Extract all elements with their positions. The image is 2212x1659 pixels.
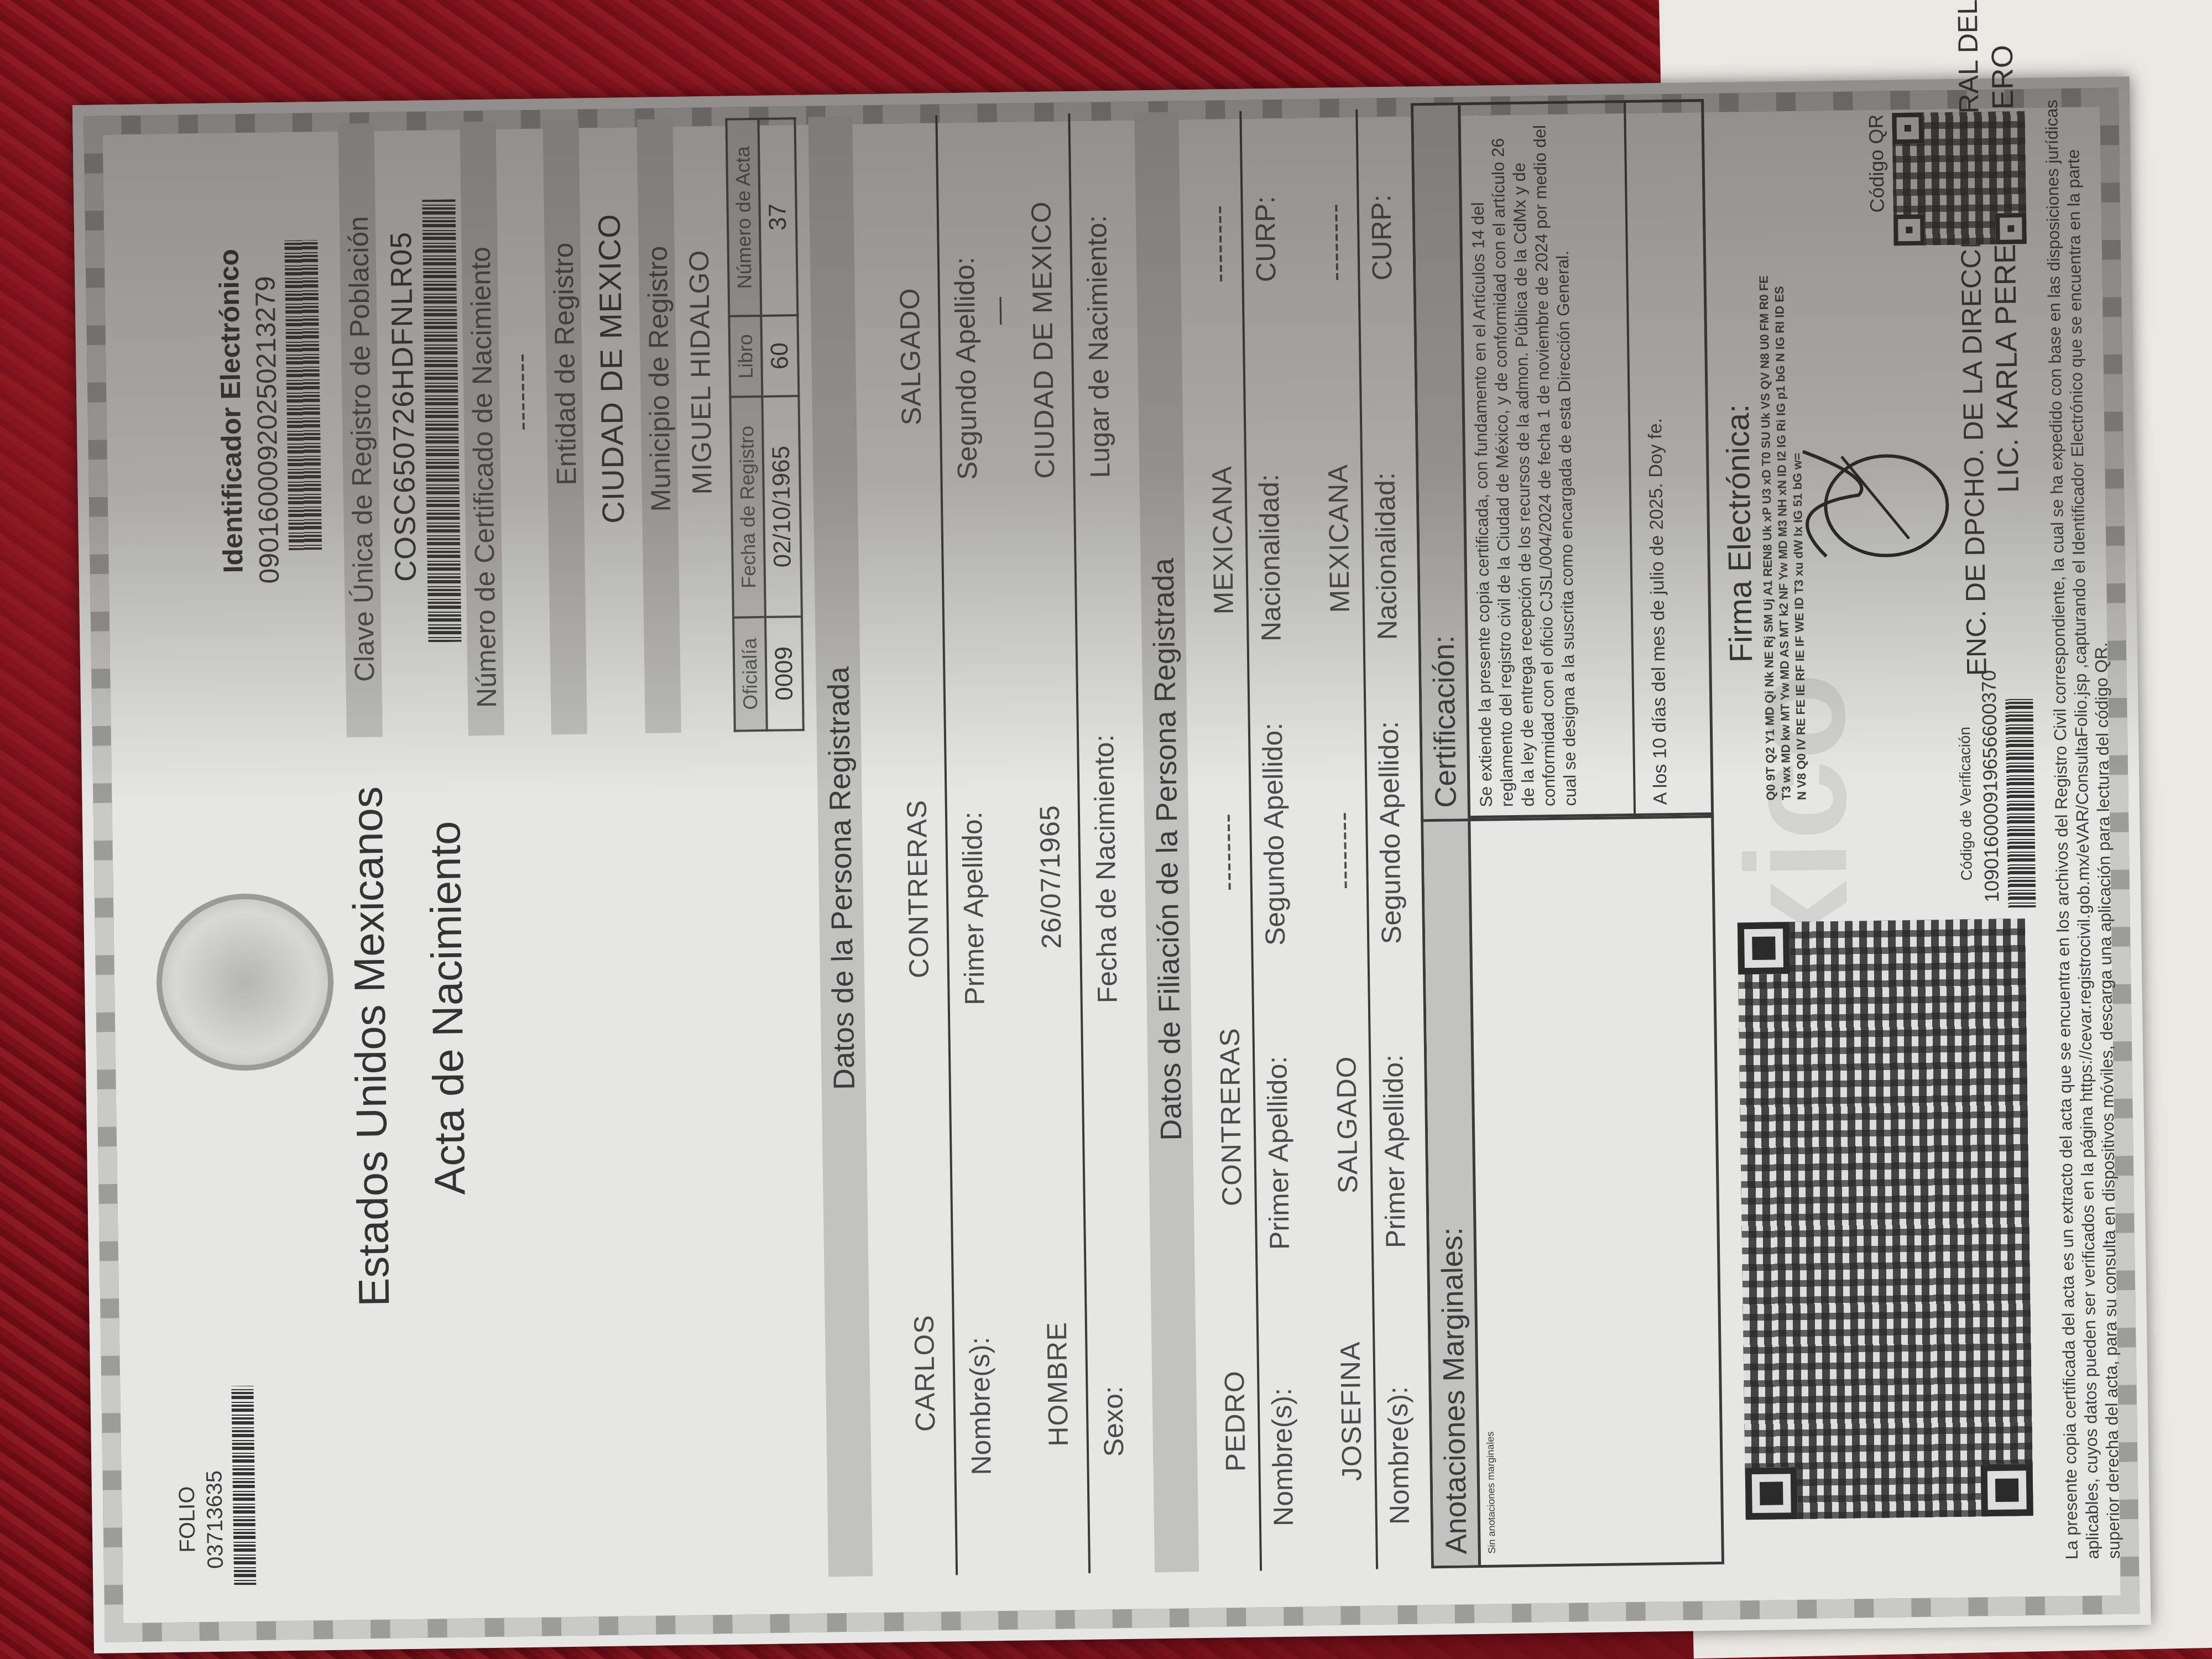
qr-code-large (1738, 919, 2033, 1520)
padre-nacionalidad-label: Nacionalidad: (1253, 474, 1287, 642)
madre-nacionalidad: MEXICANA (1322, 464, 1356, 613)
padre-curp-label: CURP: (1249, 196, 1282, 282)
document-title: Acta de Nacimiento (420, 821, 475, 1196)
padre-nombre-label: Nombre(s): (1266, 1388, 1300, 1527)
certificacion-fecha: A los 10 días del mes de julio de 2025. … (1645, 418, 1672, 805)
madre-nombre: JOSEFINA (1334, 1341, 1368, 1481)
entidad-label: Entidad de Registro (547, 242, 582, 486)
anotaciones-title: Anotaciones Marginales: (1434, 1227, 1473, 1554)
identificador-value: 09016000920250213279 (249, 276, 285, 584)
verificacion-label: Código de Verificación (1956, 727, 1976, 881)
handwritten-signature-icon (1780, 422, 1959, 590)
qr-label: Código QR (1864, 114, 1888, 213)
padre-primer-apellido: CONTRERAS (1213, 1027, 1248, 1207)
folio-value: 03713635 (202, 1470, 228, 1569)
qr-code-small (1892, 111, 2026, 246)
persona-fecha-nacimiento: 26/07/1965 (1034, 805, 1068, 949)
registro-table-row: 0009 02/10/1965 60 37 (758, 118, 803, 731)
anotaciones-text: Sin anotaciones marginales (1485, 1431, 1498, 1553)
entidad-value: CIUDAD DE MEXICO (591, 213, 632, 524)
certificacion-box: Certificación: Se extiende la presente c… (1411, 99, 1714, 822)
birth-certificate-photo: Soy México FOLIO 03713635 Estados Unidos… (72, 76, 2151, 1653)
verificacion-barcode (2005, 697, 2036, 908)
persona-primer-apellido: CONTRERAS (901, 800, 936, 979)
anotaciones-box: Anotaciones Marginales: Sin anotaciones … (1421, 812, 1724, 1568)
folio-label: FOLIO (175, 1486, 201, 1553)
curp-label: Clave Única de Registro de Población (342, 216, 381, 682)
sexo-label: Sexo: (1097, 1386, 1130, 1457)
madre-segundo-apellido-label: Segundo Apellido: (1373, 721, 1408, 945)
persona-curp-dash: — (982, 296, 1015, 325)
persona-lugar-nacimiento: CIUDAD DE MEXICO (1025, 201, 1061, 479)
municipio-label: Municipio de Registro (641, 246, 677, 512)
nombre-label: Nombre(s): (963, 1337, 997, 1475)
fecha-nacimiento-label: Fecha de Nacimiento: (1088, 734, 1124, 1004)
padre-nombre: PEDRO (1218, 1370, 1252, 1472)
document-page: Soy México FOLIO 03713635 Estados Unidos… (72, 76, 2151, 1653)
lugar-nacimiento-label: Lugar de Nacimiento: (1081, 215, 1117, 478)
padre-curp: -------- (1202, 205, 1235, 283)
municipio-value: MIGUEL HIDALGO (683, 249, 718, 495)
madre-primer-apellido: SALGADO (1330, 1056, 1364, 1194)
madre-nacionalidad-label: Nacionalidad: (1369, 472, 1403, 640)
firma-title: Firma Electrónica: (1719, 404, 1760, 662)
madre-curp-label: CURP: (1365, 194, 1398, 280)
identificador-label: Identificador Electrónico (213, 249, 249, 573)
persona-sexo: HOMBRE (1041, 1322, 1074, 1447)
padre-segundo-apellido-label: Segundo Apellido: (1256, 723, 1292, 946)
cert-number-value: -------- (504, 352, 538, 431)
persona-nombre: CARLOS (908, 1314, 942, 1432)
certificacion-text: Se extiende la presente copia certificad… (1467, 120, 1581, 807)
madre-nombre-label: Nombre(s): (1381, 1386, 1415, 1525)
padre-segundo-apellido: -------- (1211, 813, 1244, 891)
persona-section-title: Datos de la Persona Registrada (821, 666, 862, 1090)
country-title: Estados Unidos Mexicanos (342, 786, 399, 1307)
cert-number-label: Número de Certificado de Nacimiento (465, 247, 503, 708)
segundo-apellido-label: Segundo Apellido: (948, 257, 984, 480)
madre-primer-apellido-label: Primer Apellido: (1377, 1055, 1412, 1249)
curp-value: COSC650726HDFNLR05 (384, 231, 423, 582)
registro-table: Oficialía Fecha de Registro Libro Número… (725, 117, 804, 732)
madre-segundo-apellido: -------- (1327, 811, 1360, 890)
curp-barcode (422, 200, 461, 643)
primer-apellido-label: Primer Apellido: (956, 811, 991, 1005)
padre-primer-apellido-label: Primer Apellido: (1261, 1056, 1296, 1250)
persona-segundo-apellido: SALGADO (894, 288, 927, 426)
folio-barcode (231, 1386, 256, 1585)
certificacion-title: Certificación: (1427, 635, 1463, 808)
padre-nacionalidad: MEXICANA (1206, 466, 1240, 615)
verificacion-value: 109016000919656600370 (1978, 670, 2004, 902)
madre-curp: -------- (1318, 203, 1352, 281)
identificador-barcode (284, 240, 322, 550)
